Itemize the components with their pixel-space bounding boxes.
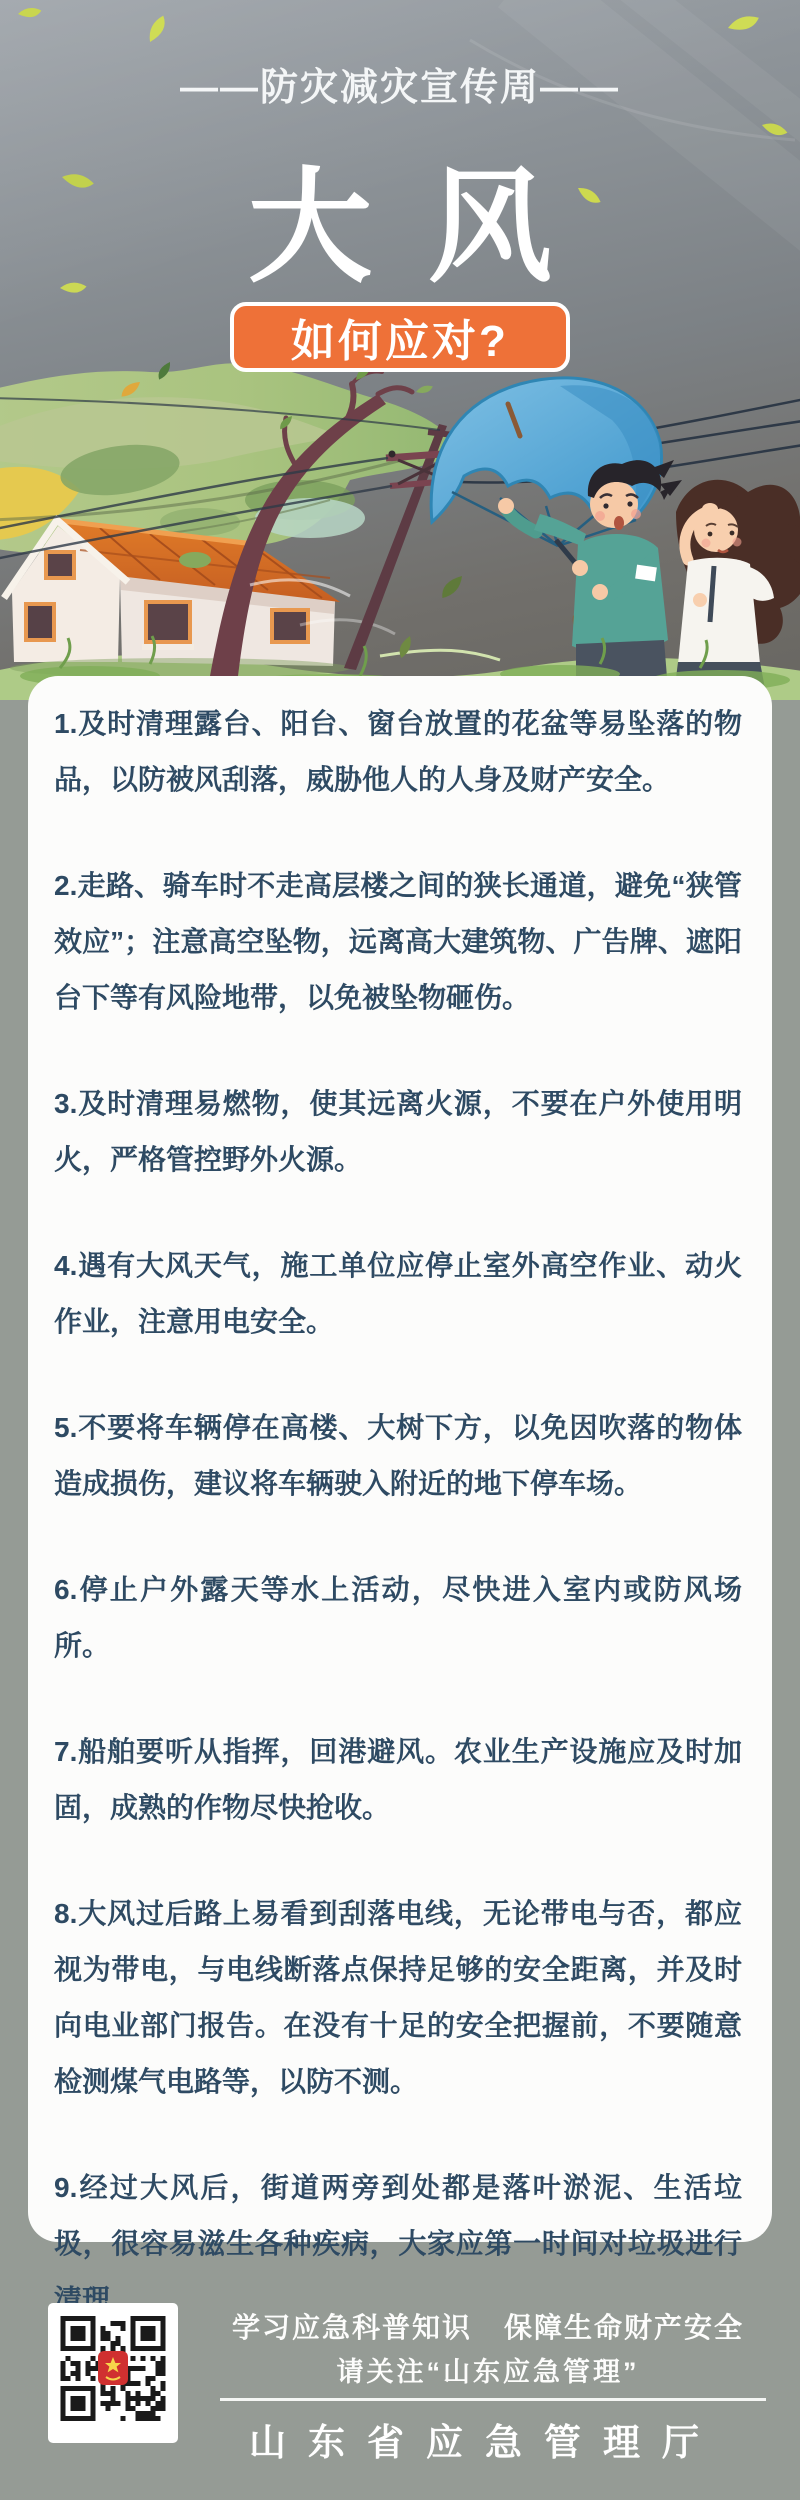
hero-section: ——防灾减灾宣传周—— 大风 如何应对? bbox=[0, 0, 800, 700]
tip-item: 7.船舶要听从指挥，回港避风。农业生产设施应及时加固，成熟的作物尽快抢收。 bbox=[54, 1724, 742, 1836]
tip-item: 5.不要将车辆停在高楼、大树下方，以免因吹落的物体造成损伤，建议将车辆驶入附近的… bbox=[54, 1400, 742, 1512]
department-name: 山东省应急管理厅 bbox=[0, 2412, 800, 2466]
tip-item: 4.遇有大风天气，施工单位应停止室外高空作业、动火作业，注意用电安全。 bbox=[54, 1238, 742, 1350]
page-title: 大风 bbox=[0, 128, 800, 306]
tip-item: 2.走路、骑车时不走高层楼之间的狭长通道，避免“狭管效应”；注意高空坠物，远离高… bbox=[54, 858, 742, 1026]
tip-item: 1.及时清理露台、阳台、窗台放置的花盆等易坠落的物品，以防被风刮落，威胁他人的人… bbox=[54, 696, 742, 808]
slogan-right: 保障生命财产安全 bbox=[504, 2306, 744, 2346]
footer-slogans: 学习应急科普知识 保障生命财产安全 bbox=[232, 2306, 744, 2346]
slogan-left: 学习应急科普知识 bbox=[232, 2306, 472, 2346]
campaign-banner: ——防灾减灾宣传周—— bbox=[0, 56, 800, 111]
woman bbox=[674, 480, 800, 694]
tips-card: 1.及时清理露台、阳台、窗台放置的花盆等易坠落的物品，以防被风刮落，威胁他人的人… bbox=[28, 676, 772, 2242]
department-name-text: 山东省应急管理厅 bbox=[249, 2412, 721, 2466]
follow-account-text: 请关注“山东应急管理” bbox=[232, 2350, 744, 2389]
man bbox=[498, 460, 682, 692]
how-to-respond-button[interactable]: 如何应对? bbox=[230, 302, 570, 372]
tip-item: 8.大风过后路上易看到刮落电线，无论带电与否，都应视为带电，与电线断落点保持足够… bbox=[54, 1886, 742, 2110]
tip-item: 3.及时清理易燃物，使其远离火源，不要在户外使用明火，严格管控野外火源。 bbox=[54, 1076, 742, 1188]
wind-safety-poster: ——防灾减灾宣传周—— 大风 如何应对? 1.及时清理露台、阳台、窗台放置的花盆… bbox=[0, 0, 800, 2500]
house bbox=[4, 520, 350, 678]
tip-item: 6.停止户外露天等水上活动，尽快进入室内或防风场所。 bbox=[54, 1562, 742, 1674]
footer-divider bbox=[220, 2398, 766, 2401]
